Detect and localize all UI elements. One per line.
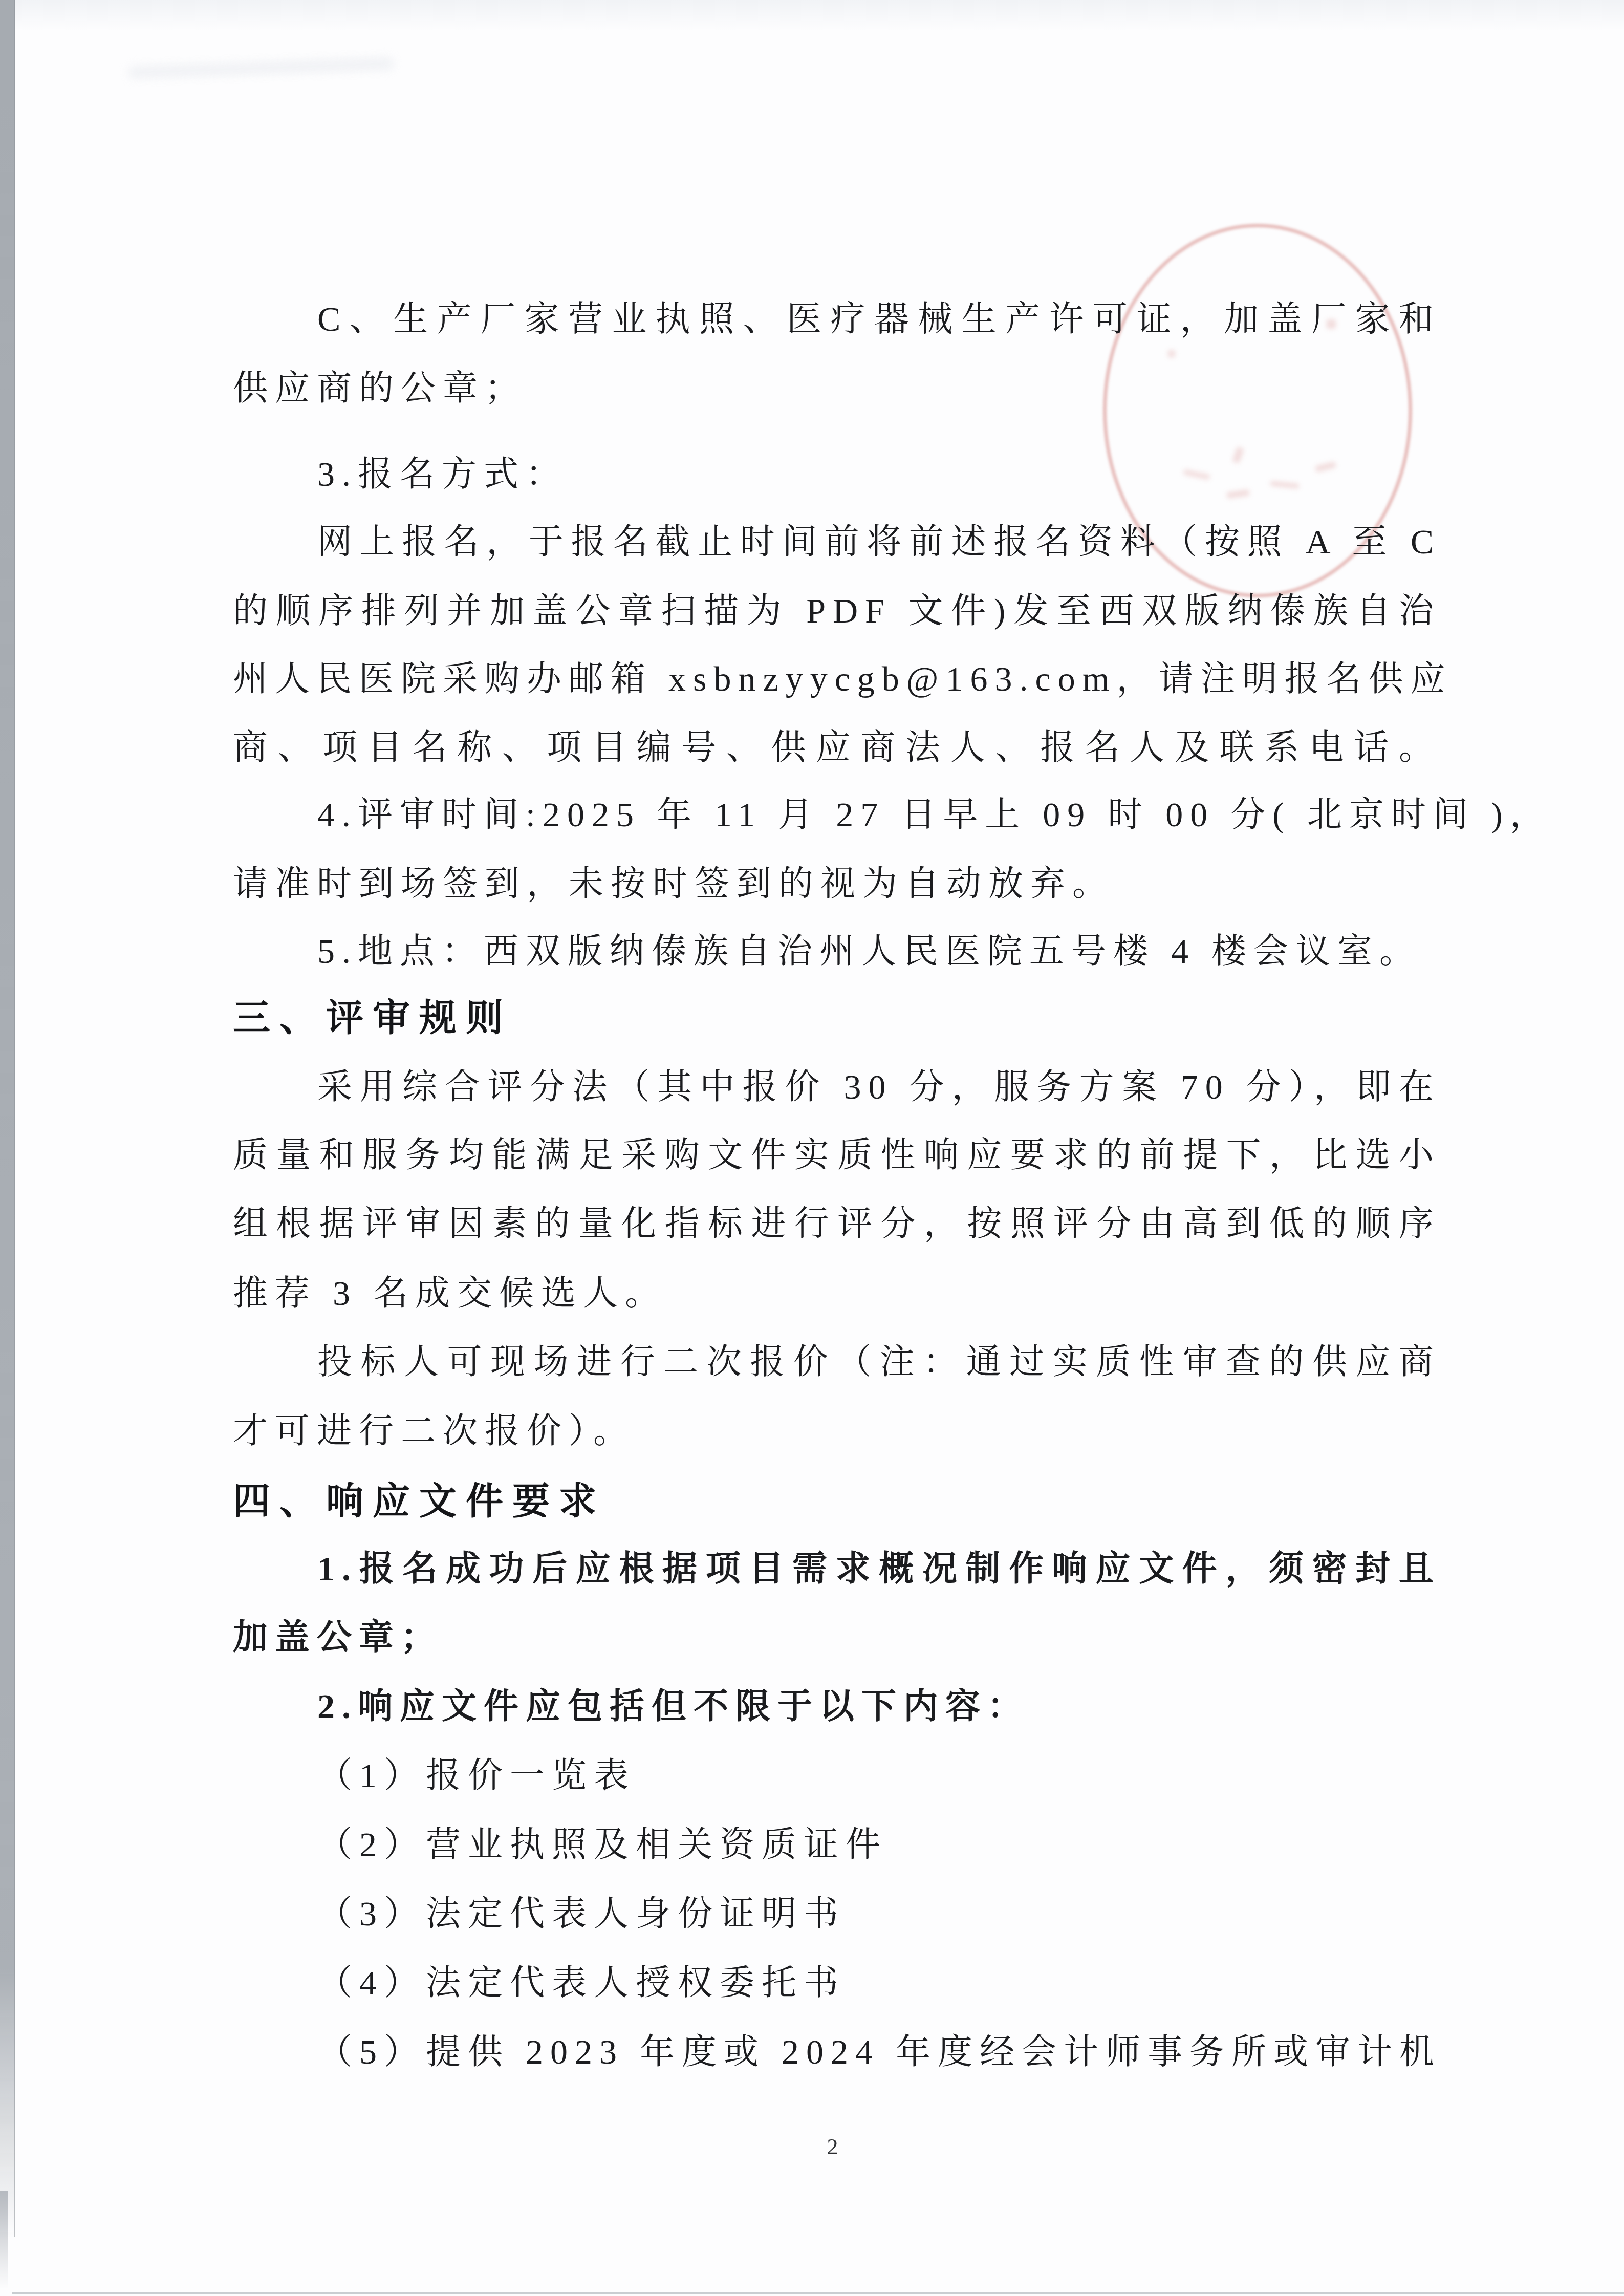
scanned-page: C、生产厂家营业执照、医疗器械生产许可证，加盖厂家和 供应商的公章； 3.报名方… xyxy=(0,0,1624,2296)
doc-list-item: （1）报价一览表 xyxy=(233,1756,1441,1795)
doc-line: 请准时到场签到，未按时签到的视为自动放弃。 xyxy=(233,864,1441,903)
scan-edge-bottom xyxy=(12,2292,1624,2294)
scan-edge-left xyxy=(0,0,15,2237)
section-heading-evaluation-rules: 三、评审规则 xyxy=(233,997,1441,1039)
doc-list-item: （3）法定代表人身份证明书 xyxy=(233,1894,1441,1933)
scan-edge-left-tail xyxy=(0,2191,8,2288)
doc-line: 投标人可现场进行二次报价（注：通过实质性审查的供应商 xyxy=(233,1342,1441,1381)
doc-line: 5.地点：西双版纳傣族自治州人民医院五号楼 4 楼会议室。 xyxy=(233,932,1441,971)
section-heading-response-document-requirements: 四、响应文件要求 xyxy=(233,1480,1441,1522)
doc-line: 州人民医院采购办邮箱 xsbnzyycgb@163.com，请注明报名供应 xyxy=(233,659,1441,698)
doc-line: 质量和服务均能满足采购文件实质性响应要求的前提下，比选小 xyxy=(233,1135,1441,1174)
doc-line: C、生产厂家营业执照、医疗器械生产许可证，加盖厂家和 xyxy=(233,299,1441,338)
doc-line: 3.报名方式： xyxy=(233,455,1441,493)
doc-line: 2.响应文件应包括但不限于以下内容： xyxy=(233,1687,1441,1726)
doc-line: 网上报名，于报名截止时间前将前述报名资料（按照 A 至 C xyxy=(233,522,1441,561)
doc-line: 推荐 3 名成交候选人。 xyxy=(233,1274,1441,1313)
doc-line: 加盖公章； xyxy=(233,1618,1441,1657)
doc-list-item: （5）提供 2023 年度或 2024 年度经会计师事务所或审计机 xyxy=(233,2032,1441,2071)
doc-line: 采用综合评分法（其中报价 30 分，服务方案 70 分），即在 xyxy=(233,1067,1441,1106)
doc-line: 1.报名成功后应根据项目需求概况制作响应文件，须密封且 xyxy=(233,1549,1441,1588)
doc-line: 商、项目名称、项目编号、供应商法人、报名人及联系电话。 xyxy=(233,728,1441,767)
doc-line: 组根据评审因素的量化指标进行评分，按照评分由高到低的顺序 xyxy=(233,1204,1441,1243)
doc-line: 的顺序排列并加盖公章扫描为 PDF 文件)发至西双版纳傣族自治 xyxy=(233,591,1441,630)
document-text: C、生产厂家营业执照、医疗器械生产许可证，加盖厂家和 供应商的公章； 3.报名方… xyxy=(0,0,1624,2296)
page-number: 2 xyxy=(41,2134,1624,2160)
doc-line: 才可进行二次报价）。 xyxy=(233,1411,1441,1450)
doc-list-item: （4）法定代表人授权委托书 xyxy=(233,1963,1441,2002)
doc-line: 供应商的公章； xyxy=(233,369,1441,407)
doc-list-item: （2）营业执照及相关资质证件 xyxy=(233,1825,1441,1864)
doc-line: 4.评审时间:2025 年 11 月 27 日早上 09 时 00 分( 北京时… xyxy=(233,795,1441,834)
